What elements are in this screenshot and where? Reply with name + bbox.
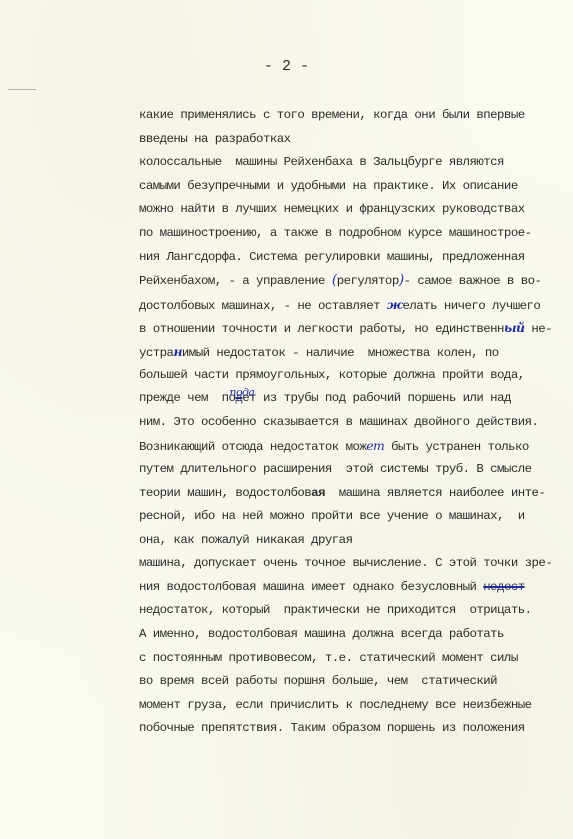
typed-text: имый недостаток - наличие множества коле… — [182, 346, 499, 360]
typed-text: - самое важное в во- — [404, 274, 542, 288]
typed-text: Возникающий отсюда недостаток мож — [139, 440, 366, 454]
text-line-ustranimy: устранимый недостаток - наличие множеств… — [139, 340, 573, 364]
text-line: во время всей работы поршня больше, чем … — [139, 670, 573, 694]
typed-text: регулятор — [337, 274, 399, 288]
typed-text: Рейхенбахом, - а управление — [139, 274, 332, 288]
handwritten-correction: ет — [366, 438, 384, 453]
typed-text: теории машин, водостолбов — [139, 486, 311, 500]
handwritten-correction: н — [173, 344, 181, 359]
text-line: момент груза, если причислить к последне… — [139, 694, 573, 718]
text-line: большей части прямоугольных, которые дол… — [139, 364, 573, 388]
typed-text: прежде чем по — [139, 391, 235, 405]
page-number: - 2 - — [0, 58, 573, 75]
text-line-podaet: прежде чем поподадет из трубы под рабочи… — [139, 387, 573, 411]
text-line-edinstvenny: в отношении точности и легкости работы, … — [139, 316, 573, 340]
text-line: с постоянным противовесом, т.е. статичес… — [139, 647, 573, 671]
typed-body-text: какие применялись с того времени, когда … — [139, 104, 573, 741]
text-line: она, как пожалуй никакая другая — [139, 529, 573, 553]
typed-text: ния водостолбовая машина имеет однако бе… — [139, 580, 483, 594]
text-line-mozhet: Возникающий отсюда недостаток может быть… — [139, 434, 573, 458]
typed-text: ет из трубы под рабочий поршень или над — [242, 391, 511, 405]
margin-mark — [8, 89, 36, 90]
typed-text: быть устранен только — [384, 440, 529, 454]
text-line: ресной, ибо на ней можно пройти все учен… — [139, 505, 573, 529]
handwritten-correction: ый — [504, 320, 525, 335]
handwritten-correction: ж — [387, 297, 403, 312]
text-line-zhelat: достолбовых машинах, - не оставляет жела… — [139, 293, 573, 317]
struck-text: недост — [483, 580, 524, 594]
text-line: по машиностроению, а также в подробном к… — [139, 222, 573, 246]
text-line: недостаток, который практически не прихо… — [139, 599, 573, 623]
text-line-regulator: Рейхенбахом, - а управление (регулятор)-… — [139, 269, 573, 293]
text-line-vodostolbovaya: теории машин, водостолбовая машина являе… — [139, 482, 573, 506]
text-line-struck: ния водостолбовая машина имеет однако бе… — [139, 576, 573, 600]
typed-text: в отношении точности и легкости работы, … — [139, 322, 504, 336]
typed-text: устра — [139, 346, 173, 360]
text-line: можно найти в лучших немецких и французс… — [139, 198, 573, 222]
text-line: введены на разработках — [139, 128, 573, 152]
typed-text: елать ничего лучшего — [403, 299, 541, 313]
text-line: самыми безупречными и удобными на практи… — [139, 175, 573, 199]
text-line: побочные препятствия. Таким образом порш… — [139, 717, 573, 741]
text-line: ним. Это особенно сказывается в машинах … — [139, 411, 573, 435]
typed-text: не- — [524, 322, 552, 336]
text-line: путем длительного расширения этой систем… — [139, 458, 573, 482]
typed-text: машина является наиболее инте- — [325, 486, 545, 500]
typed-text: достолбовых машинах, - не оставляет — [139, 299, 387, 313]
overtyped-text: ая — [311, 486, 325, 500]
text-line: А именно, водостолбовая машина должна вс… — [139, 623, 573, 647]
handwritten-insertion: пода — [229, 381, 254, 405]
document-page: - 2 - какие применялись с того времени, … — [0, 0, 573, 839]
text-line: какие применялись с того времени, когда … — [139, 104, 573, 128]
text-line: ния Лангсдорфа. Система регулировки маши… — [139, 246, 573, 270]
text-line: колоссальные машины Рейхенбаха в Зальцбу… — [139, 151, 573, 175]
text-line: машина, допускает очень точное вычислени… — [139, 552, 573, 576]
